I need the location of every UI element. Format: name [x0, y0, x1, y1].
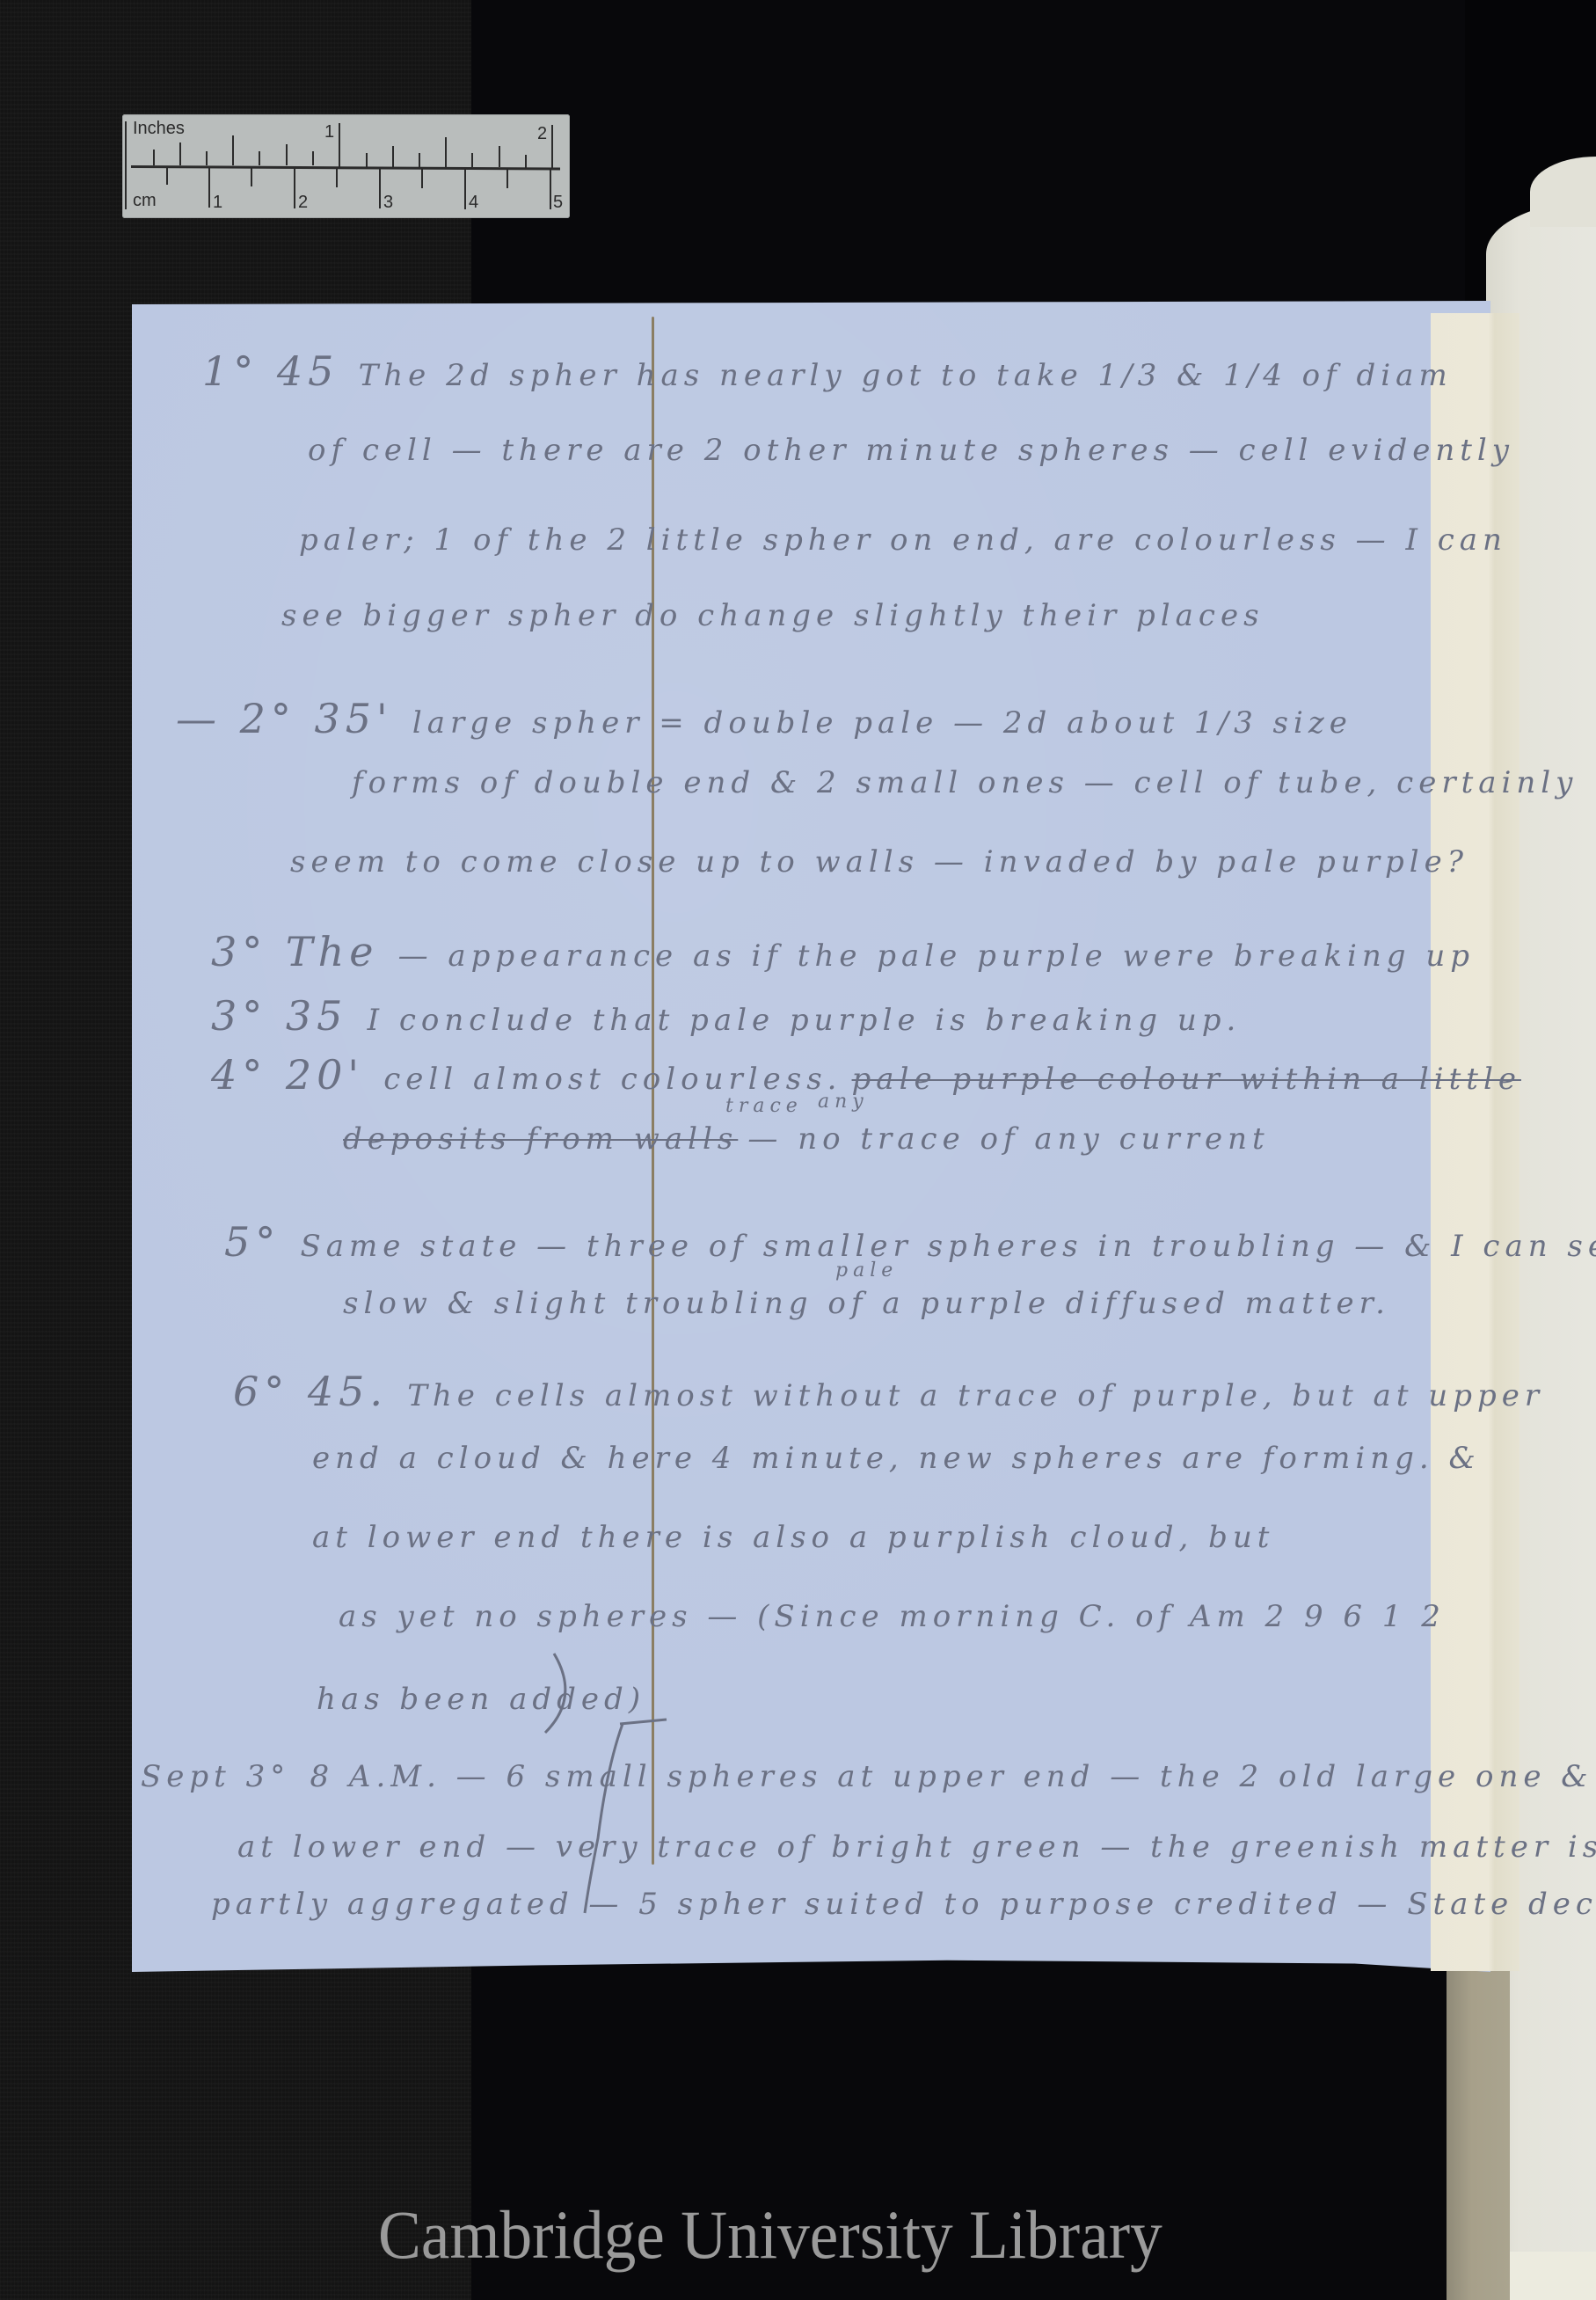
- cambridge-university-library-watermark: Cambridge University Library: [356, 2195, 1184, 2274]
- ink-stroke: [585, 1724, 623, 1913]
- manuscript-strokes: [0, 0, 1596, 2300]
- closing-paren-stroke: [545, 1654, 565, 1733]
- ink-stroke: [620, 1720, 667, 1724]
